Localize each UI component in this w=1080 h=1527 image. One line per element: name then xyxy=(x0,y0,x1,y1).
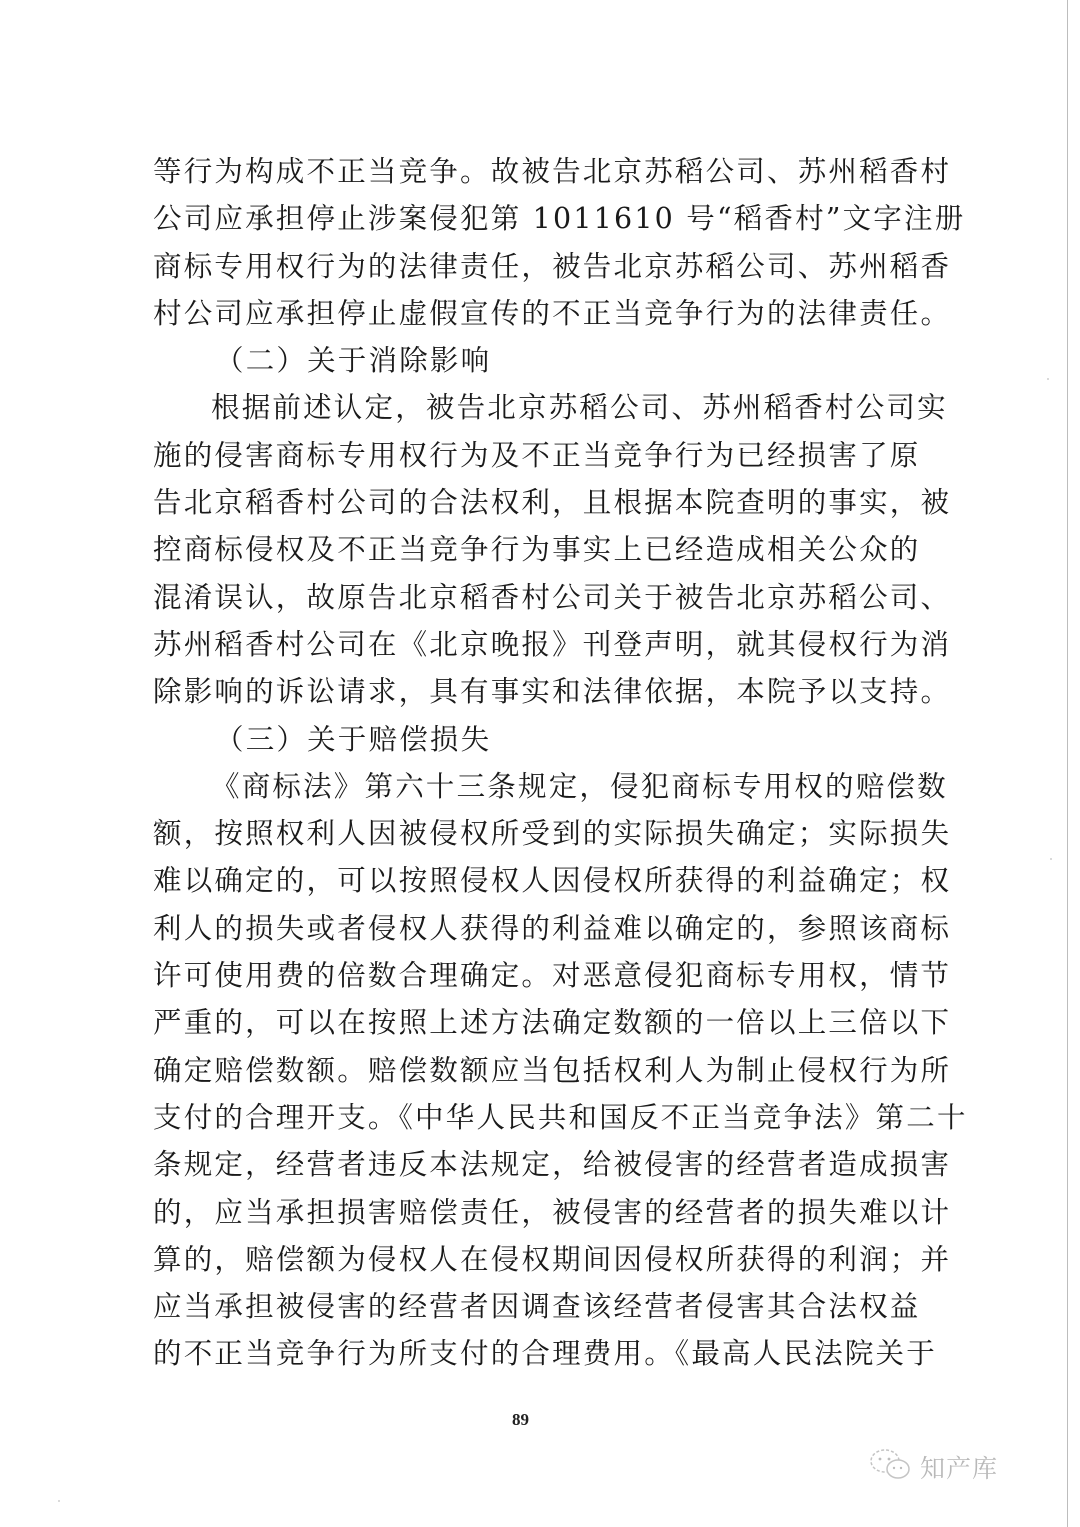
document-body: 等行为构成不正当竞争。故被告北京苏稻公司、苏州稻香村公司应承担停止涉案侵犯第 1… xyxy=(153,148,903,1378)
text-line: 除影响的诉讼请求，具有事实和法律依据，本院予以支持。 xyxy=(153,668,903,715)
text-line: 算的，赔偿额为侵权人在侵权期间因侵权所获得的利润；并 xyxy=(153,1236,903,1283)
section-heading: （三）关于赔偿损失 xyxy=(153,716,903,763)
text-line: 条规定，经营者违反本法规定，给被侵害的经营者造成损害 xyxy=(153,1141,903,1188)
text-line: 苏州稻香村公司在《北京晚报》刊登声明，就其侵权行为消 xyxy=(153,621,903,668)
section-heading: （二）关于消除影响 xyxy=(153,337,903,384)
page-number: 89 xyxy=(512,1410,529,1430)
text-line: 难以确定的，可以按照侵权人因侵权所获得的利益确定；权 xyxy=(153,857,903,904)
scan-speck xyxy=(1050,858,1052,860)
text-line: 许可使用费的倍数合理确定。对恶意侵犯商标专用权，情节 xyxy=(153,952,903,999)
text-line: 额，按照权利人因被侵权所受到的实际损失确定；实际损失 xyxy=(153,810,903,857)
text-line: 确定赔偿数额。赔偿数额应当包括权利人为制止侵权行为所 xyxy=(153,1047,903,1094)
text-line: 应当承担被侵害的经营者因调查该经营者侵害其合法权益 xyxy=(153,1283,903,1330)
watermark: 知产库 xyxy=(868,1447,998,1487)
text-line: 利人的损失或者侵权人获得的利益难以确定的，参照该商标 xyxy=(153,905,903,952)
text-line: 商标专用权行为的法律责任，被告北京苏稻公司、苏州稻香 xyxy=(153,243,903,290)
text-line: 村公司应承担停止虚假宣传的不正当竞争行为的法律责任。 xyxy=(153,290,903,337)
text-line: 根据前述认定，被告北京苏稻公司、苏州稻香村公司实 xyxy=(153,384,903,431)
text-line: 的，应当承担损害赔偿责任，被侵害的经营者的损失难以计 xyxy=(153,1189,903,1236)
text-line: 的不正当竞争行为所支付的合理费用。《最高人民法院关于 xyxy=(153,1330,903,1377)
text-line: 等行为构成不正当竞争。故被告北京苏稻公司、苏州稻香村 xyxy=(153,148,903,195)
scan-speck xyxy=(58,1500,60,1502)
text-line: 控商标侵权及不正当竞争行为事实上已经造成相关公众的 xyxy=(153,526,903,573)
text-line: 严重的，可以在按照上述方法确定数额的一倍以上三倍以下 xyxy=(153,999,903,1046)
text-line: 混淆误认，故原告北京稻香村公司关于被告北京苏稻公司、 xyxy=(153,574,903,621)
text-line: 《商标法》第六十三条规定，侵犯商标专用权的赔偿数 xyxy=(153,763,903,810)
page-edge-line xyxy=(1067,0,1068,1527)
watermark-text: 知产库 xyxy=(920,1449,998,1485)
text-line: 告北京稻香村公司的合法权利，且根据本院查明的事实，被 xyxy=(153,479,903,526)
wechat-icon xyxy=(868,1447,914,1487)
scan-speck xyxy=(1047,378,1049,380)
text-line: 施的侵害商标专用权行为及不正当竞争行为已经损害了原 xyxy=(153,432,903,479)
text-line: 支付的合理开支。《中华人民共和国反不正当竞争法》第二十 xyxy=(153,1094,903,1141)
text-line: 公司应承担停止涉案侵犯第 1011610 号“稻香村”文字注册 xyxy=(153,195,903,242)
